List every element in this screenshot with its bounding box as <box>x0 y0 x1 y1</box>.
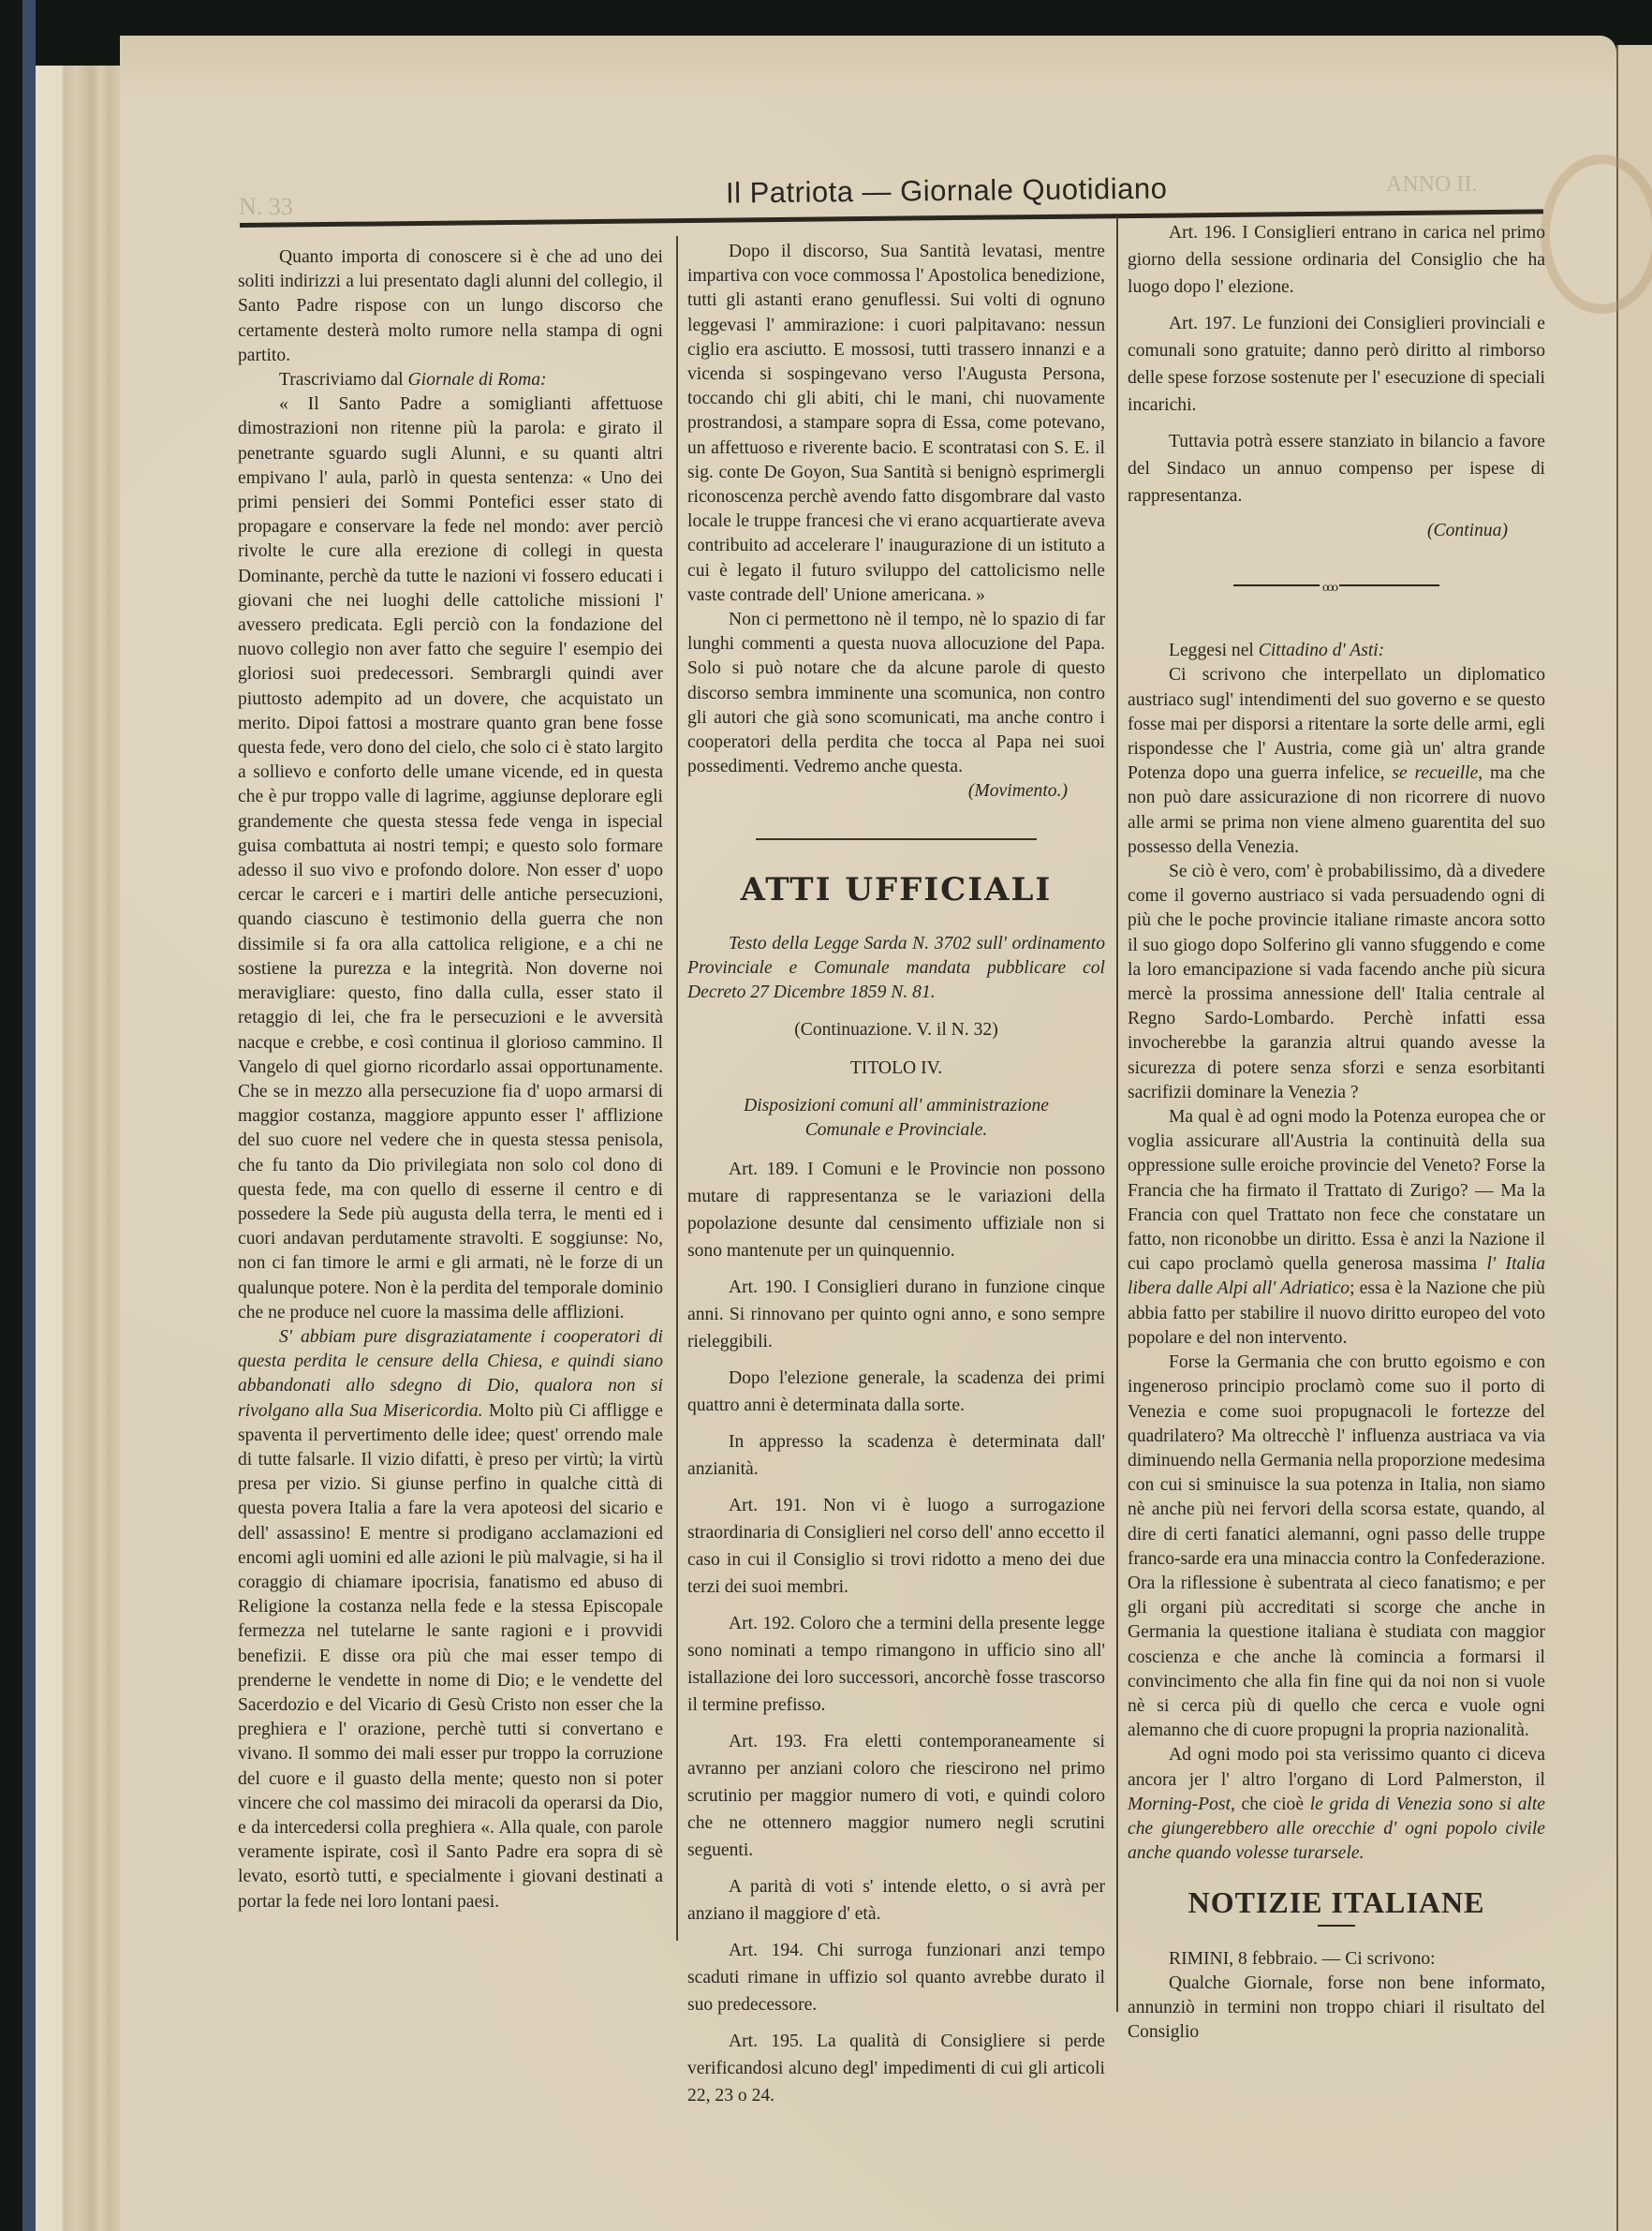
bound-page-edges <box>36 66 120 2231</box>
continuation-note: (Continuazione. V. il N. 32) <box>687 1018 1105 1042</box>
article-194: Art. 194. Chi surroga funzionari anzi te… <box>687 1937 1105 2018</box>
article-193-p2: A parità di voti s' intende eletto, o si… <box>687 1873 1105 1928</box>
transcription-intro: Trascriviamo dal Giornale di Roma: <box>238 368 663 392</box>
subtitle-line-2: Comunale e Provinciale. <box>687 1118 1105 1143</box>
article-193: Art. 193. Fra eletti contemporaneamente … <box>687 1728 1105 1864</box>
column-2: Dopo il discorso, Sua Santità levatasi, … <box>687 240 1105 2119</box>
articles-list: Art. 189. I Comuni e le Provincie non po… <box>687 1156 1105 2109</box>
next-page-edge <box>1616 45 1652 2231</box>
short-rule <box>1318 1925 1355 1927</box>
page-top-fold <box>120 36 1616 92</box>
bleedthrough-year: ANNO II. <box>1386 172 1477 198</box>
source-morning-post: Morning-Post <box>1128 1795 1231 1814</box>
leggesi-line: Leggesi nel Cittadino d' Asti: <box>1128 639 1545 663</box>
column-1: Quanto importa di conoscere si è che ad … <box>238 245 663 1914</box>
column-3: Art. 196. I Consiglieri entrano in caric… <box>1128 219 1545 2045</box>
palmerston-paragraph: Ad ogni modo poi sta verissimo quanto ci… <box>1128 1743 1545 1866</box>
germany-paragraph: Forse la Germania che con brutto egoismo… <box>1128 1351 1545 1743</box>
binding-cloth-strip <box>22 0 36 2231</box>
rimini-paragraph: Qualche Giornale, forse non bene informa… <box>1128 1972 1545 2046</box>
article-192: Art. 192. Coloro che a termini della pre… <box>687 1610 1105 1719</box>
commentary-paragraph: Non ci permettono nè il tempo, nè lo spa… <box>687 608 1105 779</box>
article-190: Art. 190. I Consiglieri durano in funzio… <box>687 1274 1105 1355</box>
intro-paragraph: Quanto importa di conoscere si è che ad … <box>238 245 663 368</box>
article-197-p2: Tuttavia potrà essere stanziato in bilan… <box>1128 428 1545 510</box>
article-195: Art. 195. La qualità di Consigliere si p… <box>687 2028 1105 2109</box>
ornamental-divider: ooo <box>1233 584 1439 586</box>
section-title-atti-ufficiali: ATTI UFFICIALI <box>687 878 1105 902</box>
library-stamp <box>1541 155 1652 314</box>
source-giornale-di-roma: Giornale di Roma: <box>408 370 547 390</box>
column-divider-2 <box>1116 217 1118 2012</box>
column-divider-1 <box>676 236 678 1941</box>
continua-note: (Continua) <box>1128 519 1545 543</box>
titolo-heading: TITOLO IV. <box>687 1056 1105 1081</box>
masthead-title: Il Patriota — Giornale Quotidiano <box>726 172 1168 211</box>
article-189: Art. 189. I Comuni e le Provincie non po… <box>687 1156 1105 1264</box>
diplomat-paragraph: Ci scrivono che interpellato un diplomat… <box>1128 663 1545 860</box>
articles-continued: Art. 196. I Consiglieri entrano in caric… <box>1128 219 1545 510</box>
article-196: Art. 196. I Consiglieri entrano in caric… <box>1128 219 1545 301</box>
section-title-notizie-italiane: NOTIZIE ITALIANE <box>1128 1890 1545 1914</box>
source-signature-movimento: (Movimento.) <box>687 779 1105 804</box>
article-190-p3: In appresso la scadenza è determinata da… <box>687 1428 1105 1483</box>
austria-paragraph: Se ciò è vero, com' è probabilissimo, dà… <box>1128 860 1545 1105</box>
france-paragraph: Ma qual è ad ogni modo la Potenza europe… <box>1128 1105 1545 1351</box>
section-divider <box>756 838 1037 840</box>
papal-speech-paragraph: « Il Santo Padre a somiglianti affettuos… <box>238 392 663 1325</box>
bleedthrough-issue-number: N. 33 <box>239 193 293 221</box>
dateline-rimini: RIMINI, 8 febbraio. — Ci scrivono: <box>1128 1947 1545 1972</box>
after-speech-paragraph: Dopo il discorso, Sua Santità levatasi, … <box>687 240 1105 608</box>
subtitle-line-1: Disposizioni comuni all' amministrazione <box>687 1094 1105 1118</box>
papal-speech-continued: S' abbiam pure disgraziatamente i cooper… <box>238 1325 663 1914</box>
article-191: Art. 191. Non vi è luogo a surrogazione … <box>687 1492 1105 1601</box>
law-intro: Testo della Legge Sarda N. 3702 sull' or… <box>687 932 1105 1006</box>
article-197: Art. 197. Le funzioni dei Consiglieri pr… <box>1128 310 1545 419</box>
article-190-p2: Dopo l'elezione generale, la scadenza de… <box>687 1365 1105 1419</box>
source-cittadino-asti: Cittadino d' Asti: <box>1259 641 1384 660</box>
